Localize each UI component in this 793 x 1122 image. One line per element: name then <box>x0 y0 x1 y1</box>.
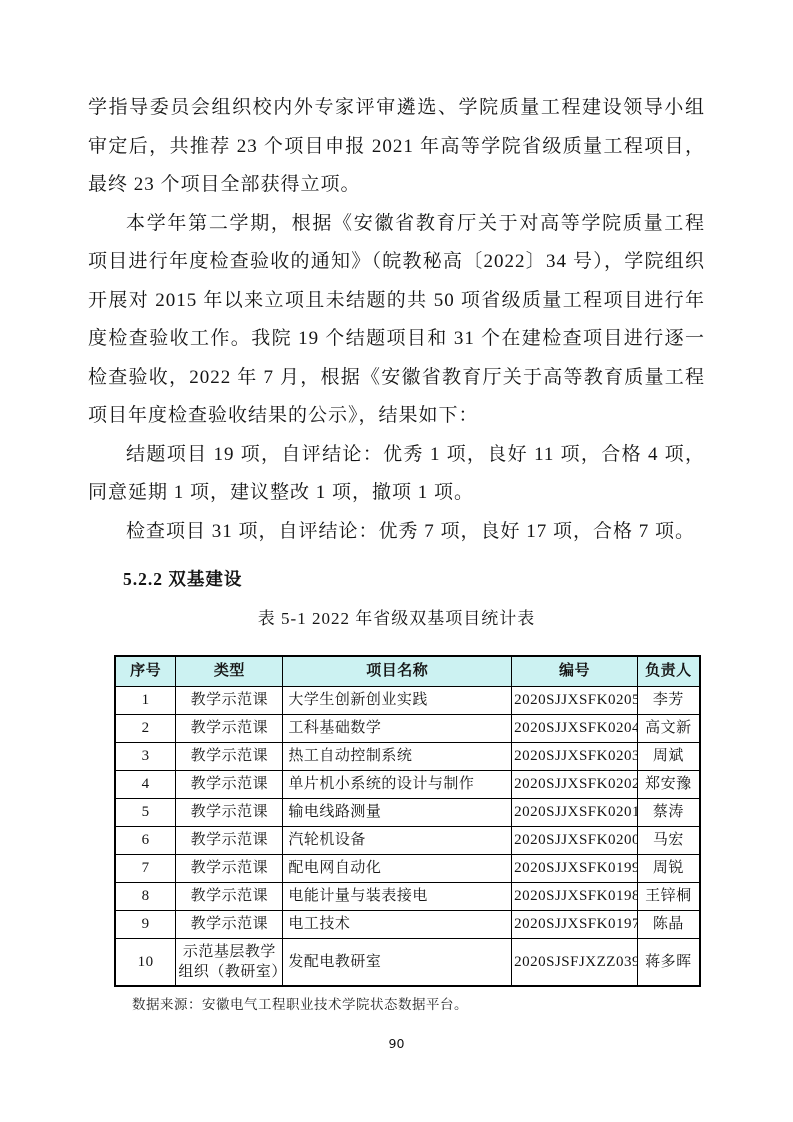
table-cell: 教学示范课 <box>176 770 283 798</box>
table-cell: 蔡涛 <box>637 798 700 826</box>
table-header-cell: 编号 <box>512 656 638 686</box>
table-header-cell: 序号 <box>115 656 176 686</box>
table-header-cell: 类型 <box>176 656 283 686</box>
table-cell: 配电网自动化 <box>283 854 512 882</box>
table-cell: 2020SJJXSFK0203 <box>512 742 638 770</box>
table-cell: 3 <box>115 742 176 770</box>
table-cell: 8 <box>115 882 176 910</box>
table-header-row: 序号类型项目名称编号负责人 <box>115 656 700 686</box>
table-cell: 工科基础数学 <box>283 714 512 742</box>
table-row: 3教学示范课热工自动控制系统2020SJJXSFK0203周斌 <box>115 742 700 770</box>
table-row: 10示范基层教学组织（教研室）发配电教研室2020SJSFJXZZ039蒋多晖 <box>115 938 700 986</box>
page-number: 90 <box>0 1036 793 1051</box>
table-cell: 2020SJJXSFK0202 <box>512 770 638 798</box>
table-header-cell: 项目名称 <box>283 656 512 686</box>
table-row: 8教学示范课电能计量与装表接电2020SJJXSFK0198王锌桐 <box>115 882 700 910</box>
table-cell: 2020SJJXSFK0201 <box>512 798 638 826</box>
table-cell: 2 <box>115 714 176 742</box>
table-row: 1教学示范课大学生创新创业实践2020SJJXSFK0205李芳 <box>115 686 700 714</box>
paragraph: 检查项目 31 项，自评结论：优秀 7 项，良好 17 项，合格 7 项。 <box>88 513 705 552</box>
table-cell: 教学示范课 <box>176 854 283 882</box>
table-cell: 1 <box>115 686 176 714</box>
table-row: 4教学示范课单片机小系统的设计与制作2020SJJXSFK0202郑安豫 <box>115 770 700 798</box>
document-page: 学指导委员会组织校内外专家评审遴选、学院质量工程建设领导小组审定后，共推荐 23… <box>0 0 793 1122</box>
table-cell: 单片机小系统的设计与制作 <box>283 770 512 798</box>
table-cell: 10 <box>115 938 176 986</box>
table-cell: 2020SJJXSFK0199 <box>512 854 638 882</box>
table-body: 1教学示范课大学生创新创业实践2020SJJXSFK0205李芳2教学示范课工科… <box>115 686 700 986</box>
table-cell: 周斌 <box>637 742 700 770</box>
table-cell: 教学示范课 <box>176 882 283 910</box>
table-cell: 教学示范课 <box>176 826 283 854</box>
table-cell: 大学生创新创业实践 <box>283 686 512 714</box>
table-cell: 教学示范课 <box>176 910 283 938</box>
body-paragraphs: 学指导委员会组织校内外专家评审遴选、学院质量工程建设领导小组审定后，共推荐 23… <box>88 89 705 551</box>
table-cell: 王锌桐 <box>637 882 700 910</box>
table-cell: 输电线路测量 <box>283 798 512 826</box>
table-cell: 5 <box>115 798 176 826</box>
source-note: 数据来源：安徽电气工程职业技术学院状态数据平台。 <box>132 993 705 1013</box>
table-cell: 2020SJJXSFK0198 <box>512 882 638 910</box>
table-cell: 电能计量与装表接电 <box>283 882 512 910</box>
table-cell: 2020SJJXSFK0205 <box>512 686 638 714</box>
table-cell: 9 <box>115 910 176 938</box>
table-caption: 表 5-1 2022 年省级双基项目统计表 <box>88 604 705 634</box>
paragraph: 结题项目 19 项，自评结论：优秀 1 项，良好 11 项，合格 4 项，同意延… <box>88 436 705 513</box>
table-cell: 发配电教研室 <box>283 938 512 986</box>
table-cell: 蒋多晖 <box>637 938 700 986</box>
table-cell: 2020SJJXSFK0204 <box>512 714 638 742</box>
table-cell: 2020SJJXSFK0197 <box>512 910 638 938</box>
table-cell: 教学示范课 <box>176 798 283 826</box>
table-cell: 电工技术 <box>283 910 512 938</box>
table-cell: 陈晶 <box>637 910 700 938</box>
table-cell: 教学示范课 <box>176 742 283 770</box>
table-header-cell: 负责人 <box>637 656 700 686</box>
table-cell: 李芳 <box>637 686 700 714</box>
projects-table: 序号类型项目名称编号负责人 1教学示范课大学生创新创业实践2020SJJXSFK… <box>114 655 701 987</box>
table-cell: 2020SJJXSFK0200 <box>512 826 638 854</box>
table-row: 9教学示范课电工技术2020SJJXSFK0197陈晶 <box>115 910 700 938</box>
table-cell: 热工自动控制系统 <box>283 742 512 770</box>
table-cell: 6 <box>115 826 176 854</box>
paragraph: 本学年第二学期，根据《安徽省教育厅关于对高等学院质量工程项目进行年度检查验收的通… <box>88 205 705 436</box>
table-cell: 7 <box>115 854 176 882</box>
table-row: 5教学示范课输电线路测量2020SJJXSFK0201蔡涛 <box>115 798 700 826</box>
table-cell: 郑安豫 <box>637 770 700 798</box>
table-cell: 4 <box>115 770 176 798</box>
table-row: 6教学示范课汽轮机设备2020SJJXSFK0200马宏 <box>115 826 700 854</box>
page-content: 学指导委员会组织校内外专家评审遴选、学院质量工程建设领导小组审定后，共推荐 23… <box>0 0 793 1013</box>
table-cell: 汽轮机设备 <box>283 826 512 854</box>
section-heading: 5.2.2 双基建设 <box>88 564 705 594</box>
table-cell: 高文新 <box>637 714 700 742</box>
table-cell: 周锐 <box>637 854 700 882</box>
table-cell: 教学示范课 <box>176 686 283 714</box>
table-cell: 示范基层教学组织（教研室） <box>176 938 283 986</box>
table-cell: 2020SJSFJXZZ039 <box>512 938 638 986</box>
paragraph: 学指导委员会组织校内外专家评审遴选、学院质量工程建设领导小组审定后，共推荐 23… <box>88 89 705 205</box>
table-row: 2教学示范课工科基础数学2020SJJXSFK0204高文新 <box>115 714 700 742</box>
table-cell: 教学示范课 <box>176 714 283 742</box>
table-row: 7教学示范课配电网自动化2020SJJXSFK0199周锐 <box>115 854 700 882</box>
table-cell: 马宏 <box>637 826 700 854</box>
